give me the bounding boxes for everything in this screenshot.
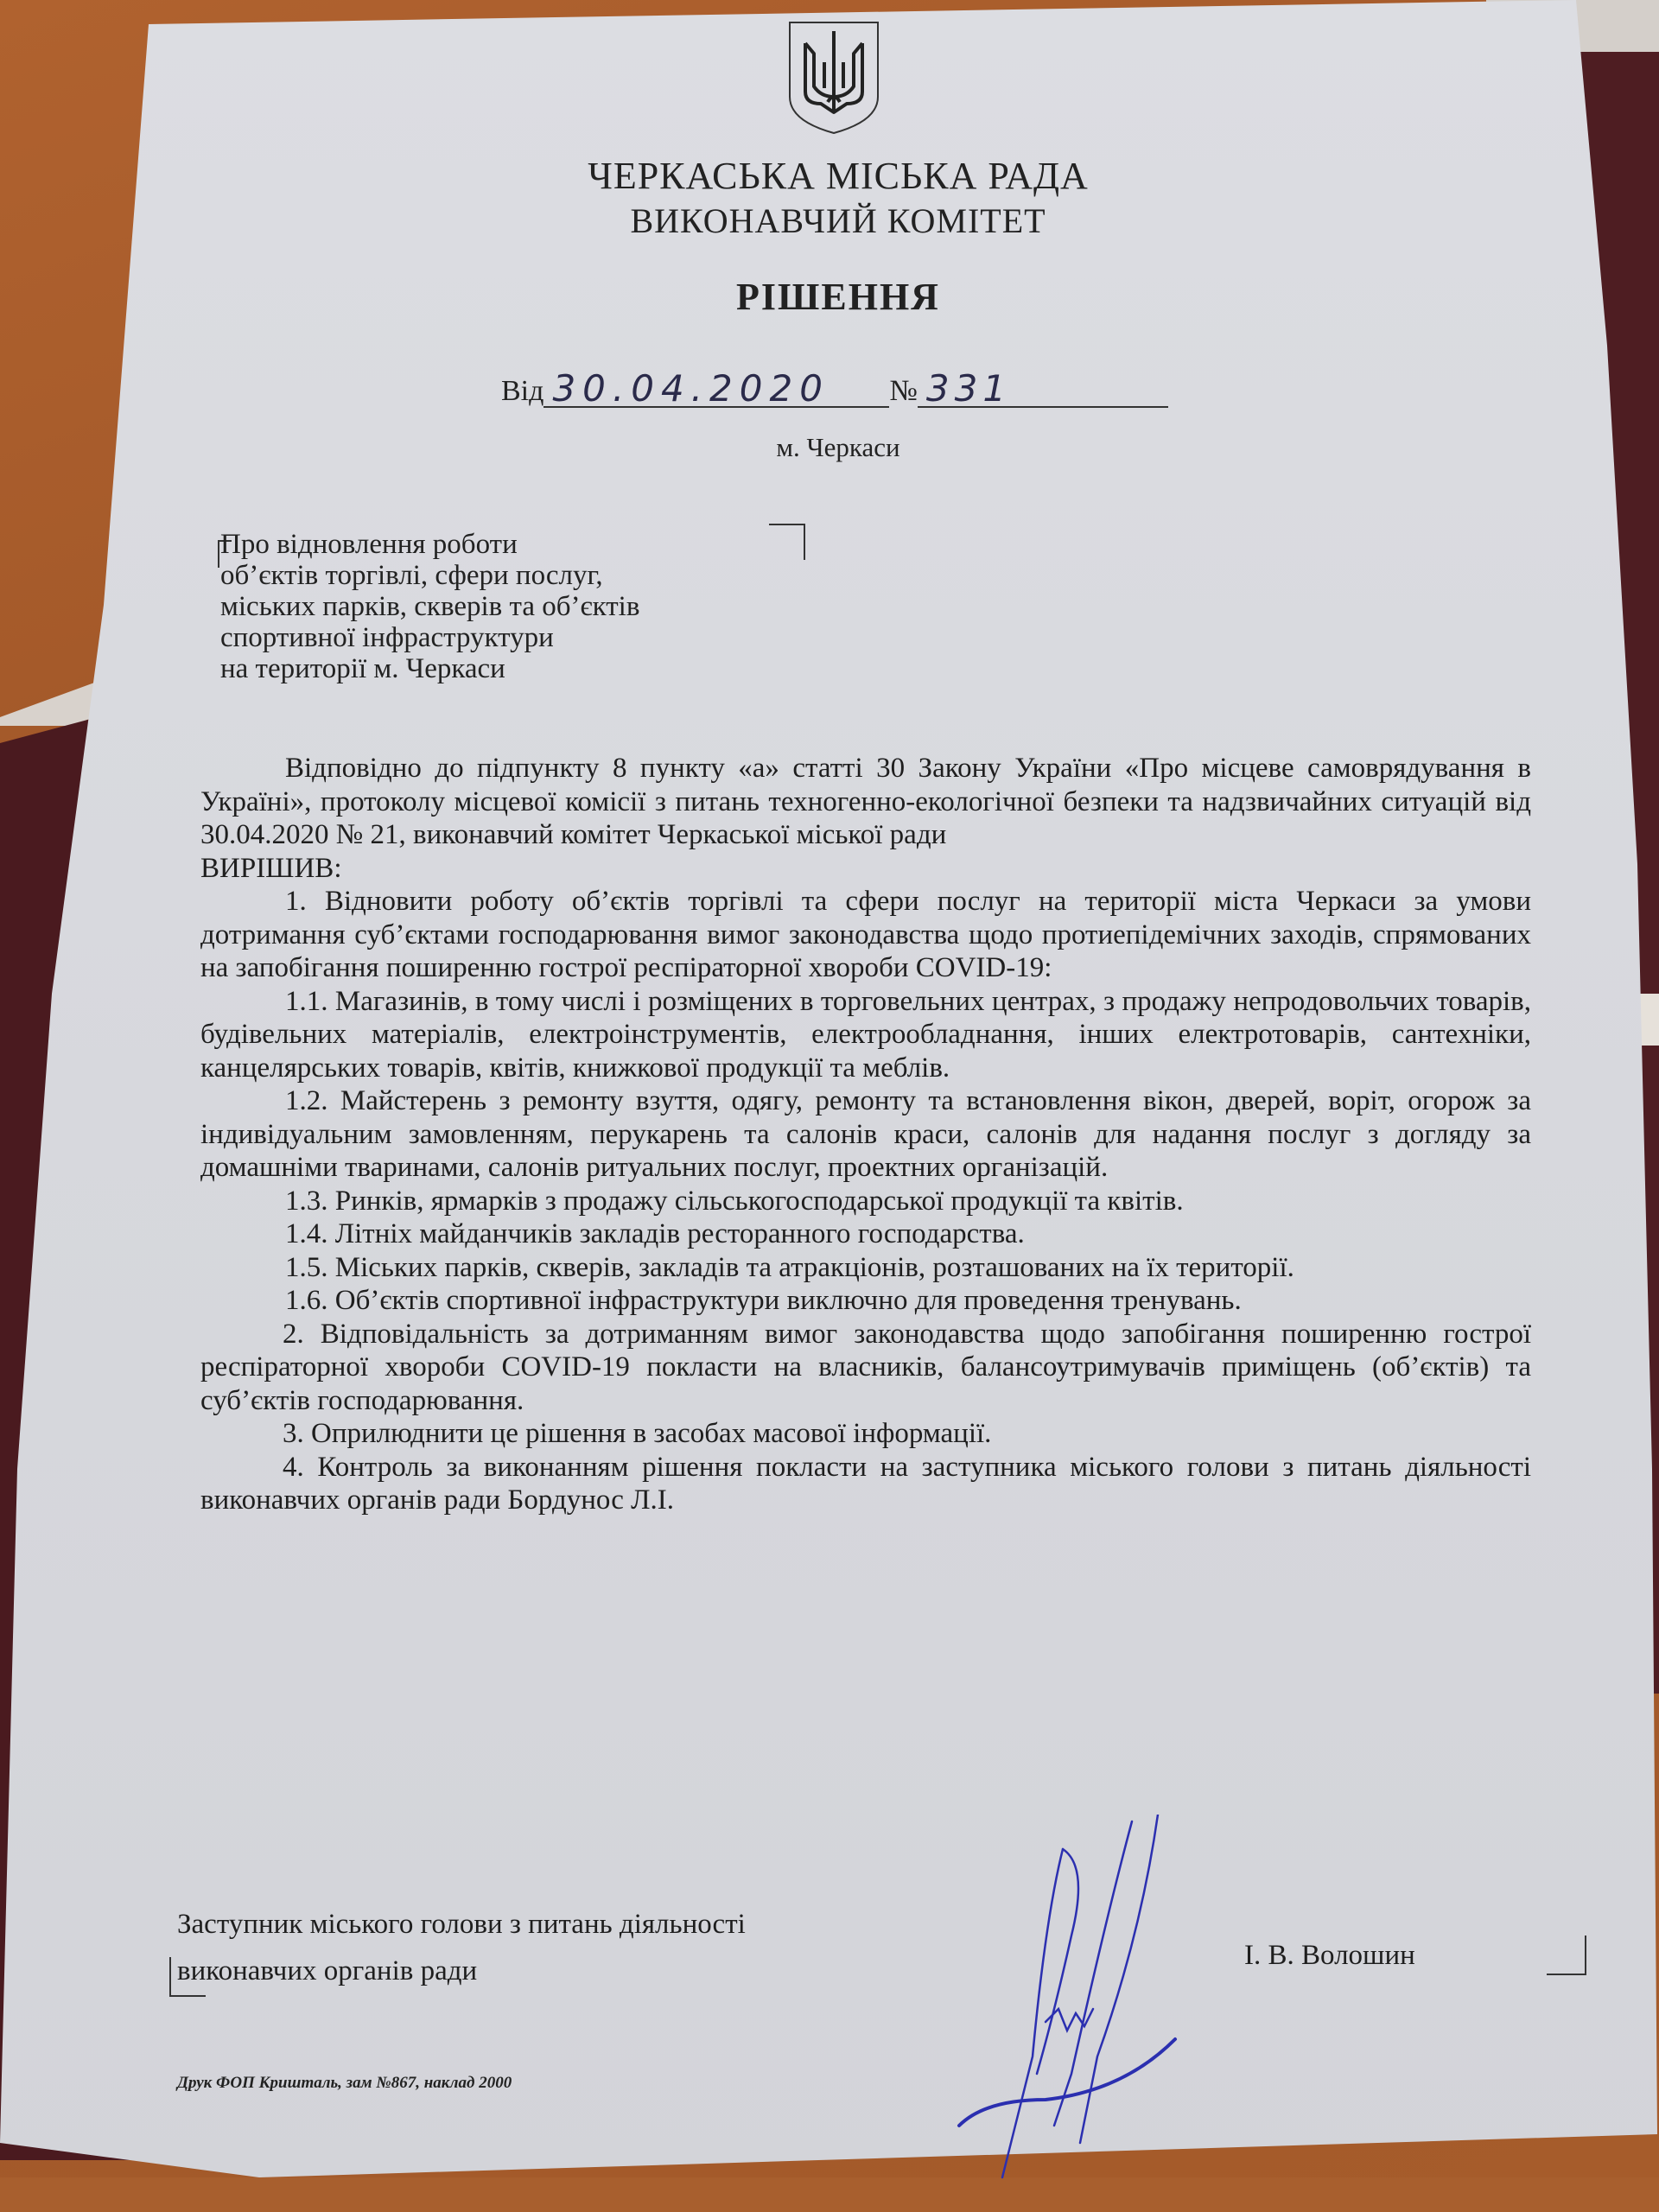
bracket-bottom-left — [169, 1957, 206, 1997]
signatory-name: І. В. Волошин — [1244, 1940, 1415, 1972]
document-body: Відповідно до підпункту 8 пункту «а» ста… — [200, 752, 1531, 1517]
council-name: ЧЕРКАСЬКА МІСЬКА РАДА — [0, 154, 1659, 198]
role-line: Заступник міського голови з питань діяль… — [177, 1901, 746, 1948]
role-line: виконавчих органів ради — [177, 1948, 746, 1994]
date-field: 30.04.2020 — [543, 372, 889, 408]
item-1-1: 1.1. Магазинів, в тому числі і розміщени… — [200, 985, 1531, 1085]
subject-line: об’єктів торгівлі, сфери послуг, — [220, 560, 639, 591]
resolved-heading: ВИРІШИВ: — [200, 852, 1531, 886]
committee-name: ВИКОНАВЧИЙ КОМІТЕТ — [0, 200, 1659, 241]
city-name: м. Черкаси — [0, 432, 1659, 463]
subject-line: міських парків, скверів та об’єктів — [220, 591, 639, 622]
subject-block: Про відновлення роботи об’єктів торгівлі… — [220, 529, 639, 684]
date-number-line: Від30.04.2020№331 — [501, 372, 1168, 408]
document: ЧЕРКАСЬКА МІСЬКА РАДА ВИКОНАВЧИЙ КОМІТЕТ… — [0, 0, 1659, 2212]
item-1-3: 1.3. Ринків, ярмарків з продажу сільсько… — [200, 1185, 1531, 1218]
item-1: 1. Відновити роботу об’єктів торгівлі та… — [200, 885, 1531, 985]
number-field: 331 — [918, 372, 1168, 408]
signatory-role: Заступник міського голови з питань діяль… — [177, 1901, 746, 1994]
document-title: РІШЕННЯ — [0, 275, 1659, 319]
subject-line: на території м. Черкаси — [220, 653, 639, 684]
date-label: Від — [501, 375, 543, 408]
subject-line: Про відновлення роботи — [220, 529, 639, 560]
item-2: 2. Відповідальність за дотриманням вимог… — [200, 1318, 1531, 1418]
handwritten-signature — [950, 1815, 1244, 2195]
printer-info: Друк ФОП Кришталь, зам №867, наклад 2000 — [177, 2074, 512, 2093]
item-4: 4. Контроль за виконанням рішення поклас… — [200, 1451, 1531, 1517]
item-3: 3. Оприлюднити це рішення в засобах масо… — [200, 1417, 1531, 1451]
subject-line: спортивної інфраструктури — [220, 622, 639, 653]
preamble: Відповідно до підпункту 8 пункту «а» ста… — [200, 752, 1531, 852]
bracket-top-right — [769, 524, 805, 560]
item-1-2: 1.2. Майстерень з ремонту взуття, одягу,… — [200, 1084, 1531, 1185]
item-1-4: 1.4. Літніх майданчиків закладів рестора… — [200, 1217, 1531, 1251]
bracket-bottom-right — [1547, 1935, 1586, 1975]
item-1-6: 1.6. Об’єктів спортивної інфраструктури … — [200, 1284, 1531, 1318]
tryzub-icon — [786, 19, 881, 136]
item-1-5: 1.5. Міських парків, скверів, закладів т… — [200, 1251, 1531, 1285]
number-label: № — [889, 375, 917, 408]
